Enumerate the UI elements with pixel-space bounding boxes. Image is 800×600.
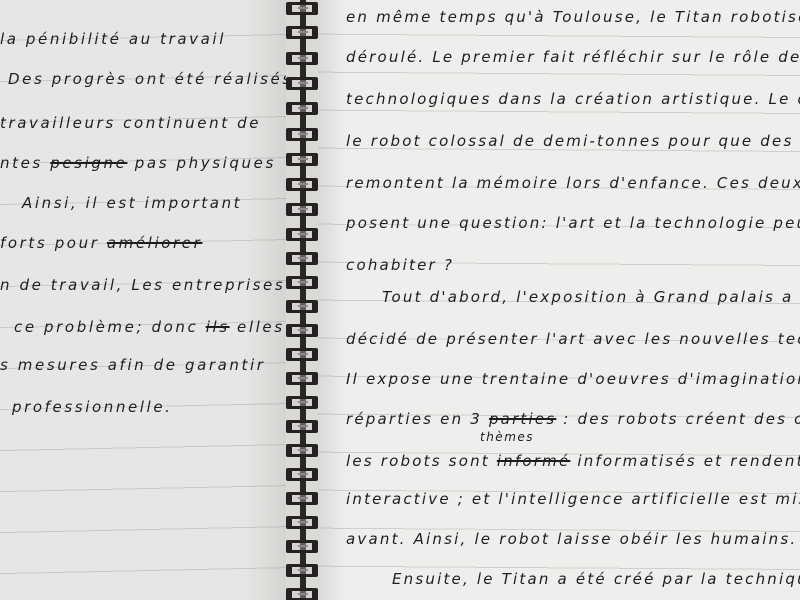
spiral-ring-icon (286, 276, 318, 289)
spiral-ring-icon (286, 492, 318, 505)
spiral-binding (282, 0, 322, 600)
spiral-ring-icon (286, 516, 318, 529)
spiral-ring-icon (286, 252, 318, 265)
handwritten-line: posent une question: l'art et la technol… (346, 214, 800, 232)
spiral-ring-icon (286, 396, 318, 409)
spiral-ring-icon (286, 420, 318, 433)
left-notebook-page: la pénibilité au travail Des progrès ont… (0, 0, 286, 600)
line-text: elles (237, 318, 285, 336)
handwritten-line: Des progrès ont été réalisés, (8, 70, 286, 88)
spiral-ring-icon (286, 228, 318, 241)
handwritten-line: ntes pesigne pas physiques (0, 154, 276, 172)
spiral-ring-icon (286, 26, 318, 39)
handwritten-line: déroulé. Le premier fait réfléchir sur l… (346, 48, 800, 66)
handwritten-line: forts pour améliorer (0, 234, 202, 252)
line-text: ntes (0, 154, 43, 172)
handwritten-line: réparties en 3 parties : des robots crée… (346, 410, 800, 428)
spiral-ring-icon (286, 102, 318, 115)
line-text: pas physiques (135, 154, 276, 172)
spiral-ring-icon (286, 77, 318, 90)
handwritten-line: Ensuite, le Titan a été créé par la tech… (392, 570, 800, 588)
spiral-ring-icon (286, 540, 318, 553)
crossed-out-word: ils (206, 318, 230, 336)
spiral-ring-icon (286, 2, 318, 15)
spiral-ring-icon (286, 300, 318, 313)
spiral-ring-icon (286, 444, 318, 457)
handwritten-line: ce problème; donc ils elles (14, 318, 285, 336)
spiral-ring-icon (286, 348, 318, 361)
handwritten-line: interactive ; et l'intelligence artifici… (346, 490, 800, 508)
spiral-ring-icon (286, 203, 318, 216)
crossed-out-word: informé (497, 452, 571, 470)
handwritten-line: Ainsi, il est important (22, 194, 242, 212)
handwritten-line: s mesures afin de garantir (0, 356, 266, 374)
handwritten-line: cohabiter ? (346, 256, 454, 274)
spiral-ring-icon (286, 178, 318, 191)
handwritten-line: les robots sont informé informatisés et … (346, 452, 800, 470)
spiral-ring-icon (286, 588, 318, 600)
handwritten-line: Tout d'abord, l'exposition à Grand palai… (382, 288, 793, 306)
line-text: les robots sont (346, 452, 490, 470)
line-text: ce problème; donc (14, 318, 198, 336)
spiral-ring-icon (286, 564, 318, 577)
line-text: forts pour (0, 234, 99, 252)
crossed-out-word: améliorer (107, 234, 203, 252)
line-text: informatisés et rendent l'oeuvre (577, 452, 800, 470)
crossed-out-word: parties (489, 410, 556, 428)
line-text: : des robots créent des oeuvres; (563, 410, 800, 428)
line-text: réparties en 3 (346, 410, 482, 428)
handwritten-line: décidé de présenter l'art avec les nouve… (346, 330, 800, 348)
handwritten-line: technologiques dans la création artistiq… (346, 90, 800, 108)
spiral-ring-icon (286, 372, 318, 385)
spiral-ring-icon (286, 52, 318, 65)
handwritten-line: professionnelle. (12, 398, 173, 416)
crossed-out-word: pesigne (50, 154, 127, 172)
handwritten-line: le robot colossal de demi-tonnes pour qu… (346, 132, 800, 150)
handwritten-line: travailleurs continuent de (0, 114, 261, 132)
handwritten-line: Il expose une trentaine d'oeuvres d'imag… (346, 370, 800, 388)
spiral-ring-icon (286, 324, 318, 337)
spiral-ring-icon (286, 153, 318, 166)
right-notebook-page: en même temps qu'à Toulouse, le Titan ro… (318, 0, 800, 600)
spiral-ring-icon (286, 128, 318, 141)
spiral-ring-icon (286, 468, 318, 481)
handwritten-line: n de travail, Les entreprises (0, 276, 285, 294)
handwritten-line: la pénibilité au travail (0, 30, 226, 48)
handwritten-line: en même temps qu'à Toulouse, le Titan ro… (346, 8, 800, 26)
handwritten-line: avant. Ainsi, le robot laisse obéir les … (346, 530, 797, 548)
handwritten-line: remontent la mémoire lors d'enfance. Ces… (346, 174, 800, 192)
correction-above-line: thèmes (480, 430, 534, 444)
